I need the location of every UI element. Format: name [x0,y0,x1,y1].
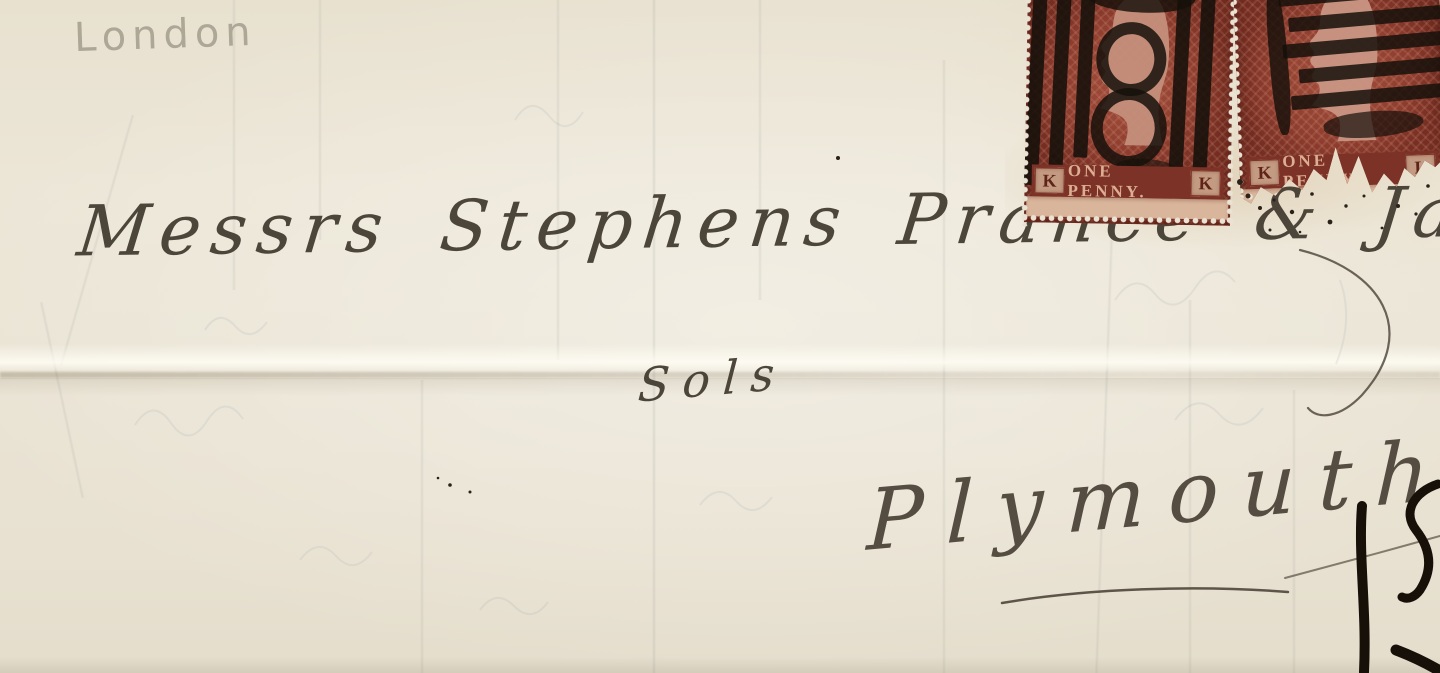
profile-silhouette [1308,0,1381,142]
address-recipient: Messrs Stephens Prance & Jago [74,170,1440,273]
flourish-tail [1285,536,1440,578]
corner-letter-left: K [1034,167,1064,194]
bottom-edge-shade [0,657,1440,673]
paper-crease [942,60,946,673]
queen-victoria-profile [1065,0,1190,155]
corner-letter-right: K [1190,170,1220,197]
stamp-denomination: ONE PENNY. [1067,165,1188,199]
paper-crease [556,0,560,360]
stamp-value-band: K ONE PENNY. K [1031,164,1224,199]
paper-crease [652,0,656,673]
address-qualifier: Sols [636,345,789,413]
penny-red-stamp-left: K ONE PENNY. K [1024,0,1234,226]
profile-silhouette [1100,0,1170,146]
pencil-annotation: London [73,9,257,61]
docket-stroke-vertical [1361,506,1365,672]
address-destination: Plymouth [865,420,1440,570]
queen-victoria-profile [1273,0,1401,152]
postal-cover-scan: Messrs Stephens Prance & Jago Sols Plymo… [0,0,1440,673]
corner-letter-left: K [1249,159,1280,186]
stamp-selvage [1026,196,1228,220]
cancel-bar [1192,0,1216,174]
docket-stroke-corner [1396,650,1440,671]
paper-crease [420,380,424,673]
plymouth-underline [1002,588,1288,603]
jago-flourish-tail [1300,250,1389,415]
cancel-bar [1024,0,1049,185]
paper-crease [39,302,84,498]
